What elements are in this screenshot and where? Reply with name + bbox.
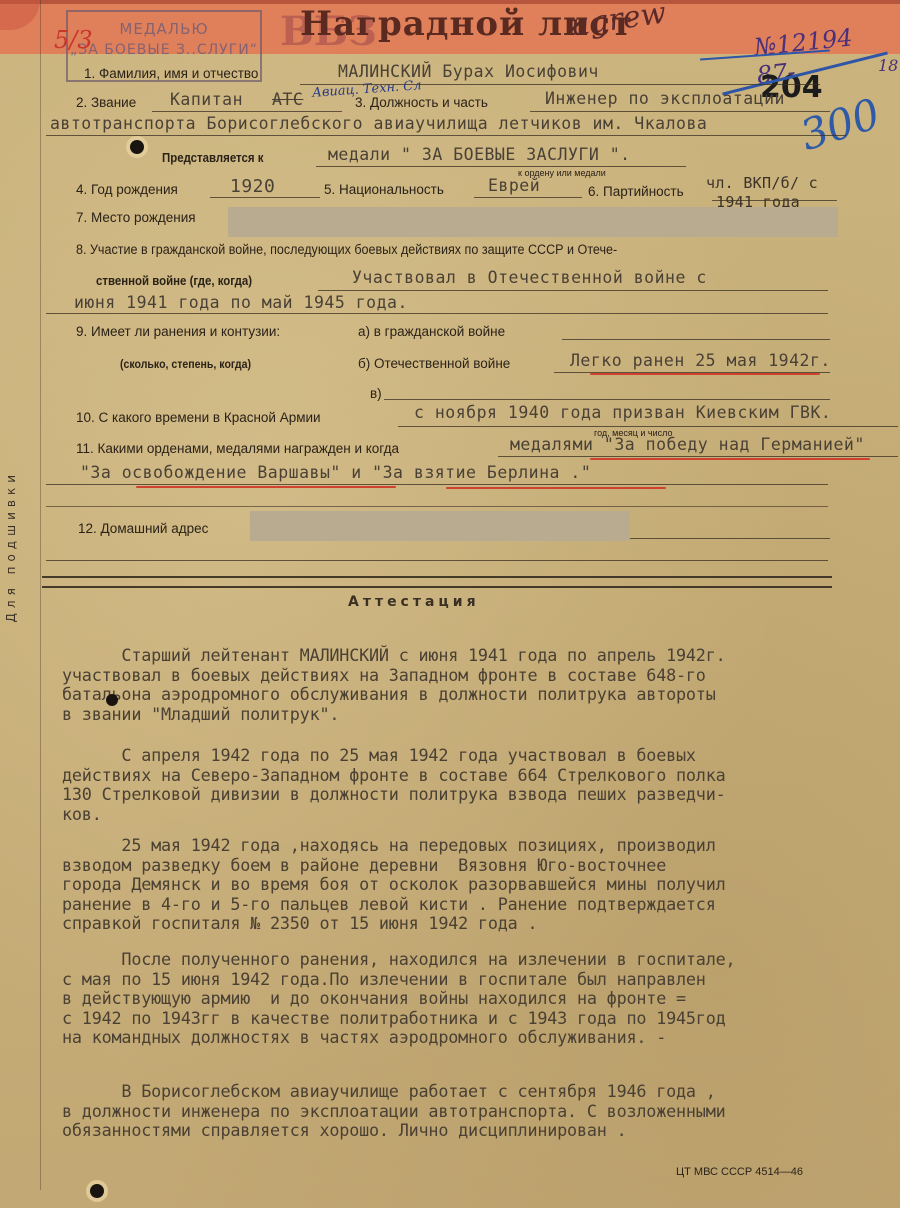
- field-9-sub-c: в): [370, 386, 382, 401]
- field-6-label: 6. Партийность: [588, 184, 684, 199]
- red-underline: [590, 373, 820, 375]
- red-underline: [136, 486, 396, 488]
- field-9-value-b: Легко ранен 25 мая 1942г.: [570, 351, 831, 370]
- field-1-value: МАЛИНСКИЙ Бурах Иосифович: [338, 62, 599, 81]
- redacted-address: [250, 511, 630, 541]
- field-11-label: 11. Какими орденами, медалями награжден …: [76, 441, 399, 456]
- field-6-value-line1: чл. ВКП/б/ с: [706, 174, 818, 192]
- field-2-struck: АТС: [272, 90, 303, 109]
- side-label-binding: Для подшивки: [4, 470, 18, 622]
- field-9-note: (сколько, степень, когда): [120, 357, 251, 371]
- field-4-value: 1920: [230, 176, 275, 197]
- stamp-line-2: „ЗА БОЕВЫЕ З..СЛУГИ“: [68, 42, 260, 58]
- presented-label: Представляется к: [162, 150, 263, 165]
- punch-hole: [90, 1184, 104, 1198]
- field-3-value-line2: автотранспорта Борисоглебского авиаучили…: [50, 114, 707, 133]
- field-8-label: 8. Участие в гражданской войне, последую…: [76, 242, 617, 257]
- field-2-label: 2. Звание: [76, 95, 136, 110]
- stamp-line-1: МЕДАЛЬЮ: [68, 20, 260, 38]
- handwritten-18: 18: [878, 56, 898, 75]
- field-10-label: 10. С какого времени в Красной Армии: [76, 410, 321, 425]
- field-5-value: Еврей: [488, 176, 540, 195]
- field-3-label: 3. Должность и часть: [355, 95, 488, 110]
- attestation-paragraph-5: В Борисоглебском авиаучилище работает с …: [62, 1082, 892, 1141]
- field-8-value-line1: Участвовал в Отечественной войне с: [352, 268, 707, 287]
- field-11-value-line2: "За освобождение Варшавы" и "За взятие Б…: [80, 463, 591, 482]
- field-8-value-line2: июня 1941 года по май 1945 года.: [74, 293, 408, 312]
- field-8-label-2: ственной войне (где, когда): [96, 273, 252, 288]
- red-underline: [590, 458, 870, 460]
- field-3-value-line1: Инженер по эксплоатации: [545, 89, 785, 108]
- redacted-birthplace: [228, 207, 838, 237]
- field-5-label: 5. Национальность: [324, 182, 444, 197]
- field-4-label: 4. Год рождения: [76, 182, 178, 197]
- punch-hole: [130, 140, 144, 154]
- field-9-sub-b: б) Отечественной войне: [358, 356, 510, 371]
- presented-value: медали " ЗА БОЕВЫЕ ЗАСЛУГИ ".: [328, 145, 631, 164]
- field-1-label: 1. Фамилия, имя и отчество: [84, 66, 258, 81]
- print-code: ЦТ МВС СССР 4514—46: [676, 1166, 803, 1178]
- attestation-paragraph-1: Старший лейтенант МАЛИНСКИЙ с июня 1941 …: [62, 646, 892, 724]
- attestation-paragraph-4: После полученного ранения, находился на …: [62, 950, 892, 1048]
- field-7-label: 7. Место рождения: [76, 210, 196, 225]
- field-2-value: Капитан: [170, 90, 243, 109]
- attestation-paragraph-3: 25 мая 1942 года ,находясь на передовых …: [62, 836, 892, 934]
- red-handwritten-mark: 5/3: [54, 26, 93, 54]
- red-underline: [446, 487, 666, 489]
- margin-line: [40, 0, 41, 1190]
- field-12-label: 12. Домашний адрес: [78, 521, 208, 536]
- field-10-value: с ноября 1940 года призван Киевским ГВК.: [414, 403, 831, 422]
- attestation-paragraph-2: С апреля 1942 года по 25 мая 1942 года у…: [62, 746, 892, 824]
- field-11-value-line1: медалями "За победу над Германией": [510, 435, 865, 454]
- field-9-label: 9. Имеет ли ранения и контузии:: [76, 324, 280, 339]
- field-9-sub-a: а) в гражданской войне: [358, 324, 505, 339]
- attestation-title: Аттестация: [348, 594, 480, 610]
- ink-blot: [106, 694, 118, 706]
